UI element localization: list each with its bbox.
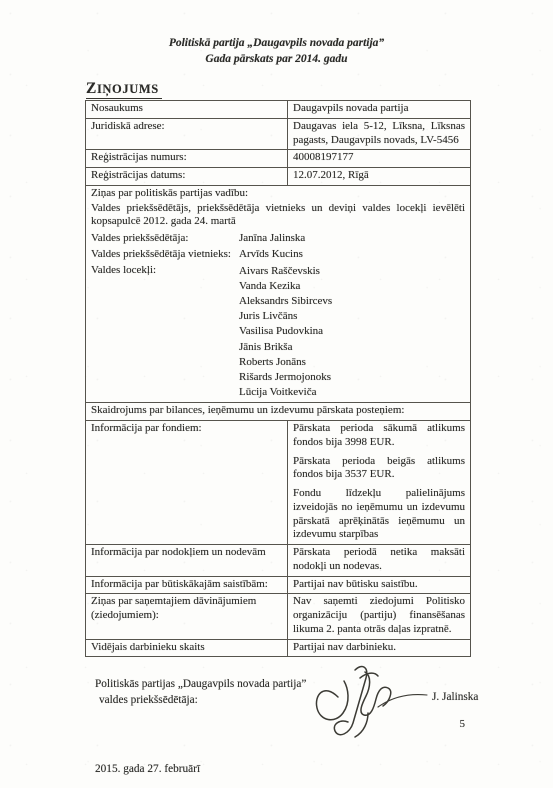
board-member: Aleksandrs Sibircevs (239, 294, 332, 309)
row-value: Partijai nav darbinieku. (288, 639, 471, 657)
board-member: Roberts Jonāns (239, 355, 332, 370)
row-value: Pārskata perioda sākumā atlikums fondos … (288, 421, 471, 545)
board-member: Vasilisa Pudovkina (239, 324, 332, 339)
scanned-document-page: Politiskā partija „Daugavpils novada par… (0, 0, 553, 788)
row-value: Nav saņemti ziedojumi Politisko organizā… (288, 594, 471, 639)
chair-row: Valdes priekšsēdētāja: Janīna Jalinska (91, 232, 465, 246)
table-row-registration-date: Reģistrācijas datums: 12.07.2012, Rīgā (86, 168, 471, 186)
board-member: Rišards Jermojonoks (239, 370, 332, 385)
board-member: Vanda Kezika (239, 279, 332, 294)
report-table: Nosaukums Daugavpils novada partija Juri… (85, 100, 471, 657)
leadership-heading: Ziņas par politiskās partijas vadību: (91, 187, 465, 201)
table-row-legal-address: Juridiskā adrese: Daugavas iela 5-12, Lī… (86, 118, 471, 150)
chair-name: Janīna Jalinska (239, 232, 305, 246)
vice-chair-row: Valdes priekšsēdētāja vietnieks: Arvīds … (91, 248, 465, 262)
signatory-line-2: valdes priekšsēdētāja: (95, 693, 308, 708)
row-label: Juridiskā adrese: (86, 118, 288, 150)
funds-paragraph: Fondu līdzekļu palielinājums izveidojās … (293, 487, 465, 542)
report-date: 2015. gada 27. februārī (95, 763, 553, 775)
row-value: Pārskata periodā netika maksāti nodokļi … (288, 545, 471, 577)
board-member: Aivars Raščevskis (239, 264, 332, 279)
row-value: Daugavas iela 5-12, Līksna, Līksnas paga… (288, 118, 471, 150)
table-row-employees: Vidējais darbinieku skaits Partijai nav … (86, 639, 471, 657)
row-label: Reģistrācijas numurs: (86, 150, 288, 168)
table-row-registration-number: Reģistrācijas numurs: 40008197177 (86, 150, 471, 168)
signature-name: J. Jalinska (432, 691, 478, 703)
title-line-2: Gada pārskats par 2014. gadu (0, 52, 553, 68)
vice-chair-label: Valdes priekšsēdētāja vietnieks: (91, 248, 239, 262)
page-number: 5 (460, 718, 466, 730)
vice-chair-name: Arvīds Kucins (239, 248, 303, 262)
handwritten-signature (308, 661, 430, 747)
board-member: Lūcija Voitkeviča (239, 385, 332, 400)
explanation-heading: Skaidrojums par bilances, ieņēmumu un iz… (86, 403, 471, 421)
table-row-donations: Ziņas par saņemtajiem dāvinājumiem (zied… (86, 594, 471, 639)
board-members-row: Valdes locekļi: Aivars Raščevskis Vanda … (91, 264, 465, 401)
signatory-title: Politiskās partijas „Daugavpils novada p… (95, 677, 308, 708)
board-member: Juris Livčāns (239, 309, 332, 324)
row-value: 40008197177 (288, 150, 471, 168)
signature-block: Politiskās partijas „Daugavpils novada p… (95, 677, 553, 775)
row-label: Vidējais darbinieku skaits (86, 639, 288, 657)
board-members-label: Valdes locekļi: (91, 264, 239, 401)
leadership-election-note: Valdes priekšsēdētājs, priekšsēdētāja vi… (91, 202, 465, 230)
row-label: Informācija par fondiem: (86, 421, 288, 545)
row-label: Ziņas par saņemtajiem dāvinājumiem (zied… (86, 594, 288, 639)
table-row-liabilities: Informācija par būtiskākajām saistībām: … (86, 576, 471, 594)
row-value: Partijai nav būtisku saistību. (288, 576, 471, 594)
row-label: Nosaukums (86, 101, 288, 119)
board-member: Jānis Brikša (239, 340, 332, 355)
report-heading: Ziņojums (86, 80, 162, 99)
row-label: Informācija par būtiskākajām saistībām: (86, 576, 288, 594)
funds-paragraph: Pārskata perioda beigās atlikums fondos … (293, 455, 465, 483)
signature-row: Politiskās partijas „Daugavpils novada p… (95, 677, 553, 747)
document-title: Politiskā partija „Daugavpils novada par… (0, 0, 553, 67)
chair-label: Valdes priekšsēdētāja: (91, 232, 239, 246)
table-row-funds: Informācija par fondiem: Pārskata period… (86, 421, 471, 545)
table-row-explanation-heading: Skaidrojums par bilances, ieņēmumu un iz… (86, 403, 471, 421)
table-row-leadership: Ziņas par politiskās partijas vadību: Va… (86, 185, 471, 403)
leadership-cell: Ziņas par politiskās partijas vadību: Va… (86, 185, 471, 403)
row-label: Informācija par nodokļiem un nodevām (86, 545, 288, 577)
row-label: Reģistrācijas datums: (86, 168, 288, 186)
signatory-line-1: Politiskās partijas „Daugavpils novada p… (95, 677, 308, 692)
table-row-name: Nosaukums Daugavpils novada partija (86, 101, 471, 119)
row-value: Daugavpils novada partija (288, 101, 471, 119)
board-members-list: Aivars Raščevskis Vanda Kezika Aleksandr… (239, 264, 332, 401)
funds-paragraph: Pārskata perioda sākumā atlikums fondos … (293, 422, 465, 450)
table-row-taxes: Informācija par nodokļiem un nodevām Pār… (86, 545, 471, 577)
title-line-1: Politiskā partija „Daugavpils novada par… (0, 36, 553, 52)
row-value: 12.07.2012, Rīgā (288, 168, 471, 186)
